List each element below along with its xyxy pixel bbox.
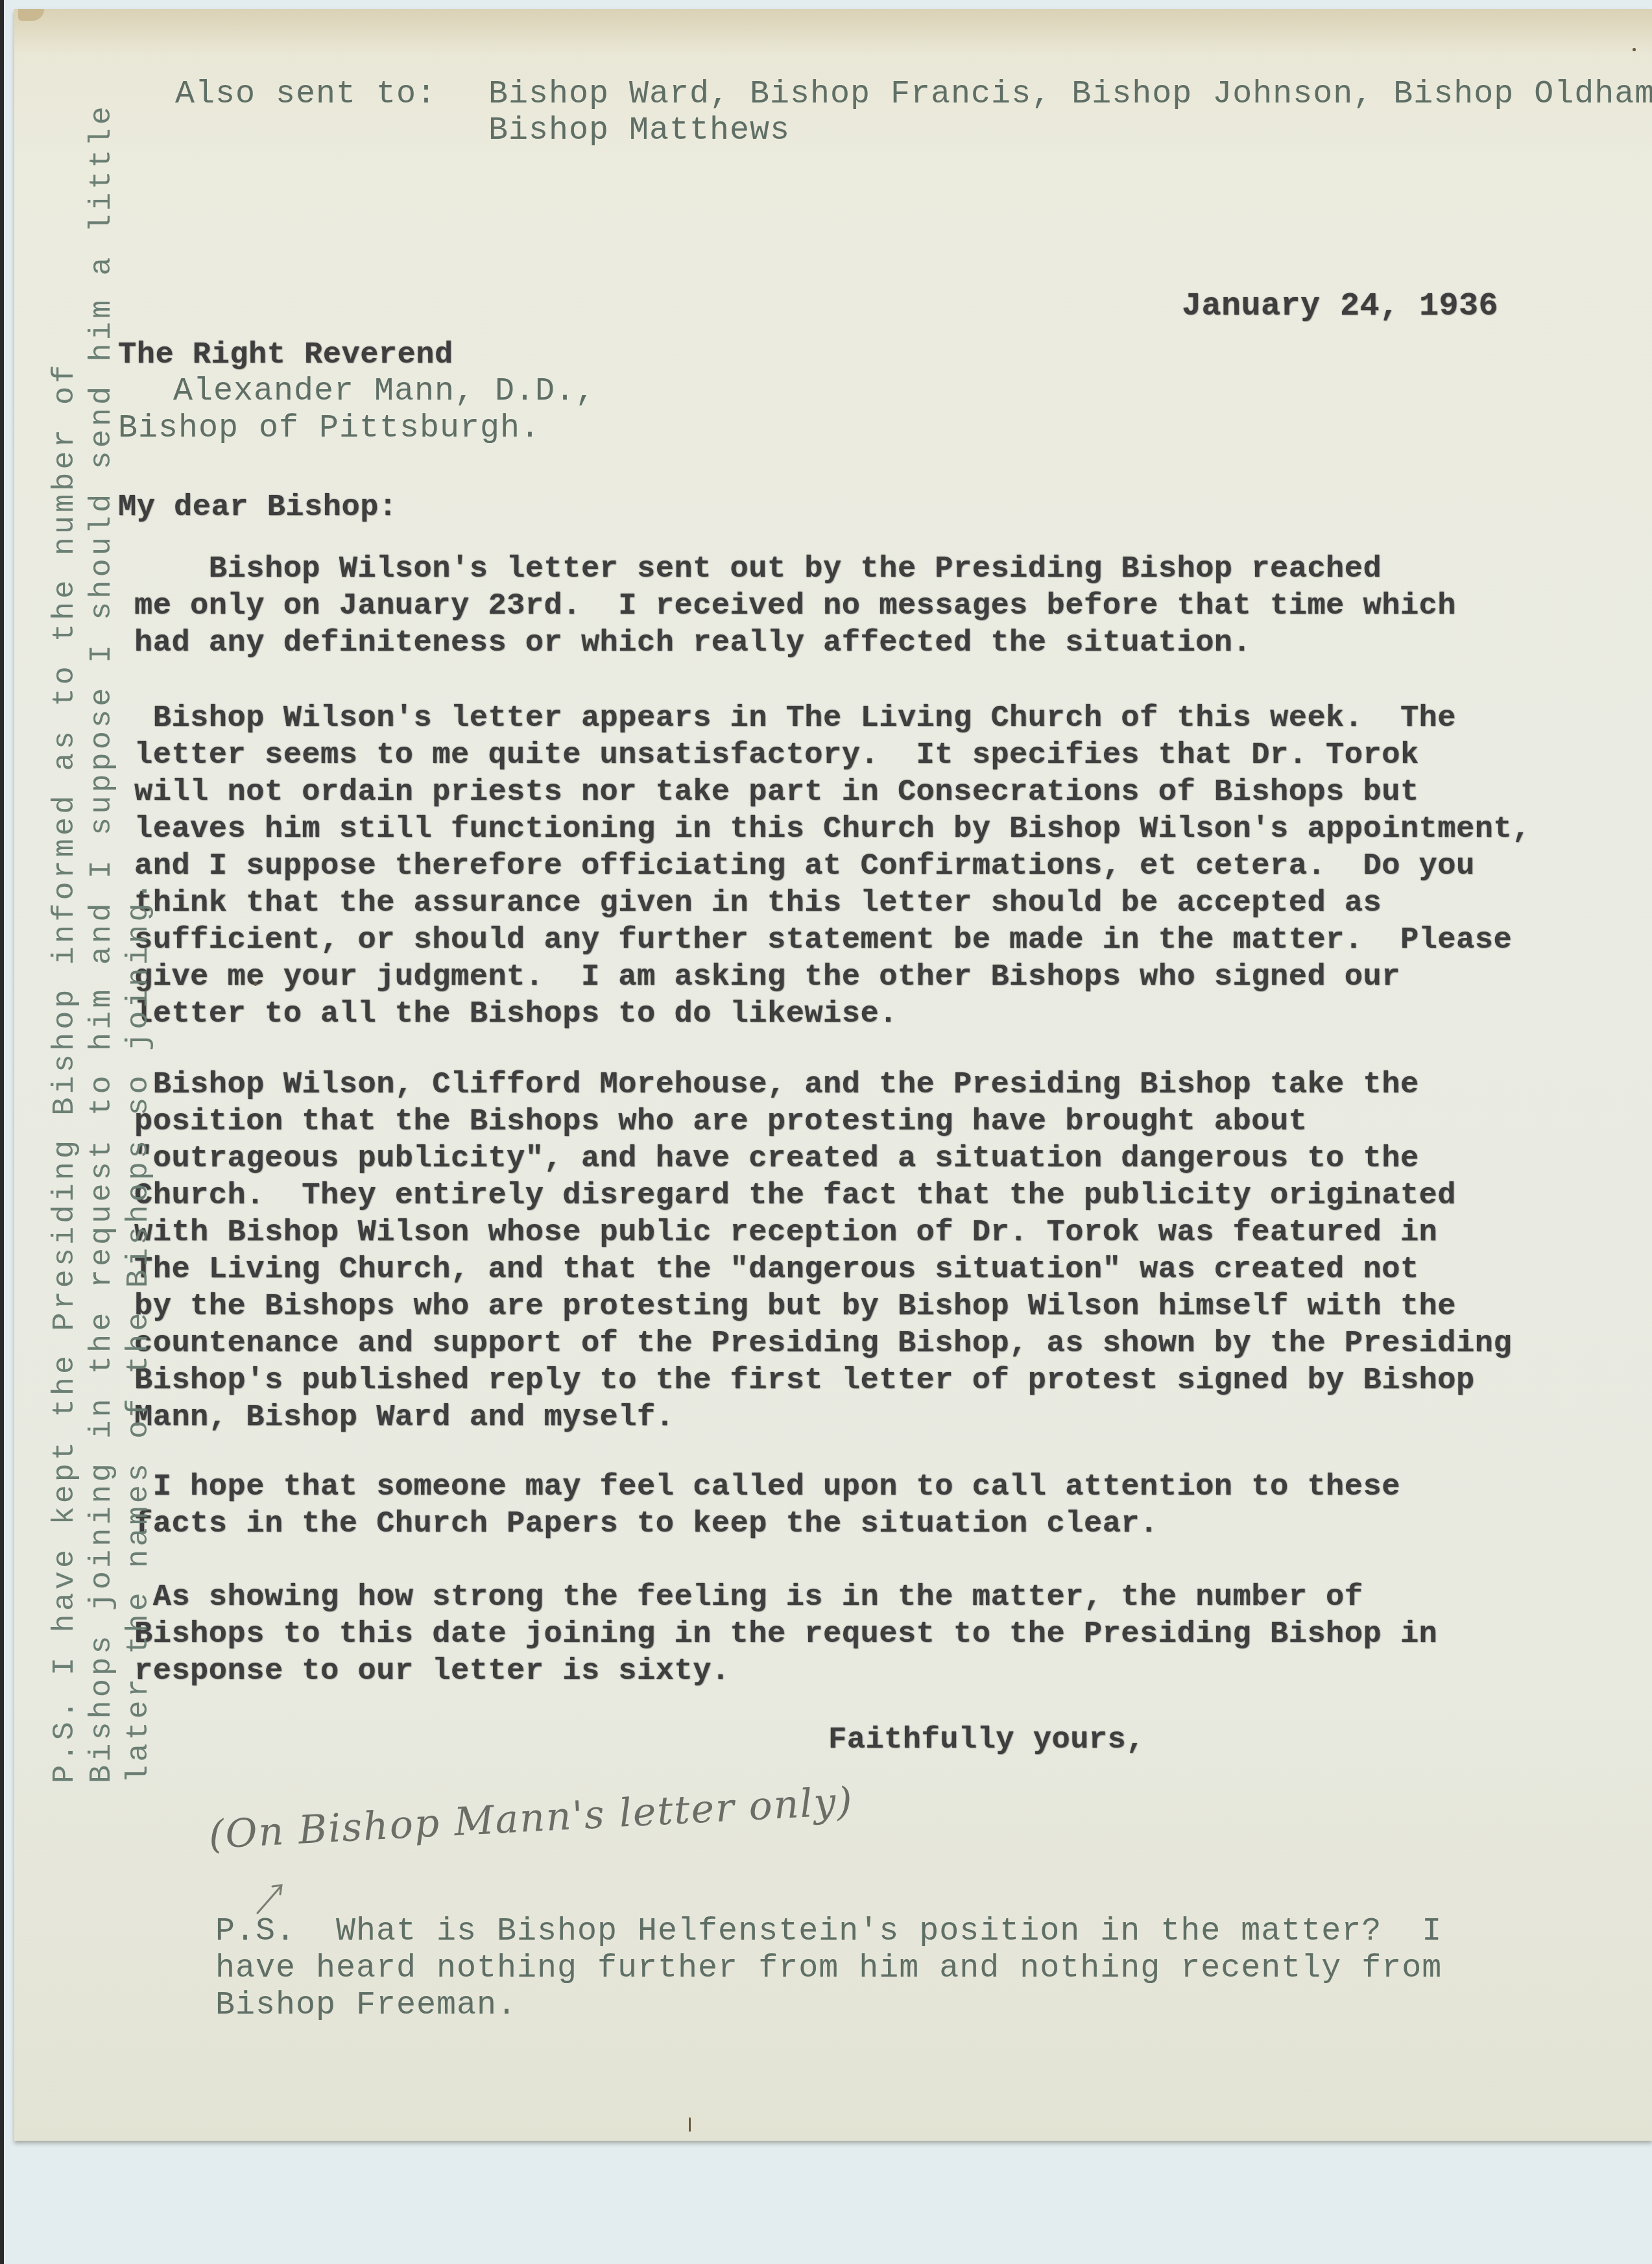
address-title: Bishop of Pittsburgh. [118,411,540,447]
postscript-line: have heard nothing further from him and … [215,1950,1442,1987]
paragraph-line: and I suppose therefore officiating at C… [134,848,1626,885]
paragraph-line: leaves him still functioning in this Chu… [134,811,1626,848]
paragraph-line: Bishop's published reply to the first le… [134,1362,1626,1399]
postscript-line: Bishop Freeman. [215,1987,517,2024]
paragraph-line: facts in the Church Papers to keep the s… [134,1506,1626,1543]
paragraph-line: Bishop Wilson's letter sent out by the P… [134,551,1626,588]
body-paragraph: Bishop Wilson's letter sent out by the P… [134,551,1626,662]
body-paragraph: I hope that someone may feel called upon… [134,1469,1626,1543]
cc-label: Also sent to: [175,77,437,113]
letter-date: January 24, 1936 [1182,288,1498,325]
address-name: Alexander Mann, D.D., [173,374,595,410]
paper-speck [254,982,257,986]
margin-postscript: P.S. I have kept the Presiding Bishop in… [47,103,158,1783]
pencil-arrow-icon [254,1877,293,1916]
margin-postscript-line: later the names of the Bishops so joinin… [121,103,158,1783]
scanner-edge [0,0,4,2264]
paragraph-line: countenance and support of the Presiding… [134,1325,1626,1362]
cc-recipients-line: Bishop Matthews [488,112,790,149]
postscript-line: P.S. What is Bishop Helfenstein's positi… [215,1913,1442,1950]
margin-postscript-line: P.S. I have kept the Presiding Bishop in… [47,103,84,1783]
cc-recipients: Bishop Ward, Bishop Francis, Bishop John… [488,77,1652,149]
body-paragraph: As showing how strong the feeling is in … [134,1579,1626,1690]
address-honorific: The Right Reverend [118,337,453,374]
cc-recipients-line: Bishop Ward, Bishop Francis, Bishop John… [488,76,1652,113]
body-paragraph: Bishop Wilson's letter appears in The Li… [134,700,1626,1033]
paragraph-line: "outrageous publicity", and have created… [134,1140,1626,1177]
paragraph-line: will not ordain priests nor take part in… [134,774,1626,811]
paragraph-line: response to our letter is sixty. [134,1653,1626,1690]
closing: Faithfully yours, [828,1722,1145,1759]
paragraph-line: by the Bishops who are protesting but by… [134,1288,1626,1325]
paragraph-line: with Bishop Wilson whose public receptio… [134,1214,1626,1251]
handwritten-annotation: (On Bishop Mann's letter only) [208,1779,854,1858]
postscript-bottom: P.S. What is Bishop Helfenstein's positi… [215,1913,1442,2024]
paragraph-line: Bishop Wilson's letter appears in The Li… [134,700,1626,737]
body-paragraph: Bishop Wilson, Clifford Morehouse, and t… [134,1066,1626,1436]
paragraph-line: Church. They entirely disregard the fact… [134,1177,1626,1214]
paragraph-line: letter seems to me quite unsatisfactory.… [134,737,1626,774]
salutation: My dear Bishop: [118,489,398,526]
paper-speck [1633,48,1636,51]
letter-page: Also sent to: Bishop Ward, Bishop Franci… [14,9,1652,2141]
paper-speck [689,2117,691,2132]
paragraph-line: The Living Church, and that the "dangero… [134,1251,1626,1288]
paragraph-line: letter to all the Bishops to do likewise… [134,996,1626,1033]
paragraph-line: think that the assurance given in this l… [134,885,1626,922]
paragraph-line: position that the Bishops who are protes… [134,1103,1626,1140]
margin-postscript-line: Bishops joining in the request to him an… [84,103,121,1783]
paragraph-line: Bishop Wilson, Clifford Morehouse, and t… [134,1066,1626,1103]
paragraph-line: I hope that someone may feel called upon… [134,1469,1626,1506]
paragraph-line: As showing how strong the feeling is in … [134,1579,1626,1616]
paper-tear [18,9,44,21]
paragraph-line: me only on January 23rd. I received no m… [134,588,1626,625]
paragraph-line: Bishops to this date joining in the requ… [134,1616,1626,1653]
paragraph-line: Mann, Bishop Ward and myself. [134,1399,1626,1436]
paragraph-line: sufficient, or should any further statem… [134,922,1626,959]
paragraph-line: had any definiteness or which really aff… [134,625,1626,662]
paragraph-line: give me your judgment. I am asking the o… [134,959,1626,996]
